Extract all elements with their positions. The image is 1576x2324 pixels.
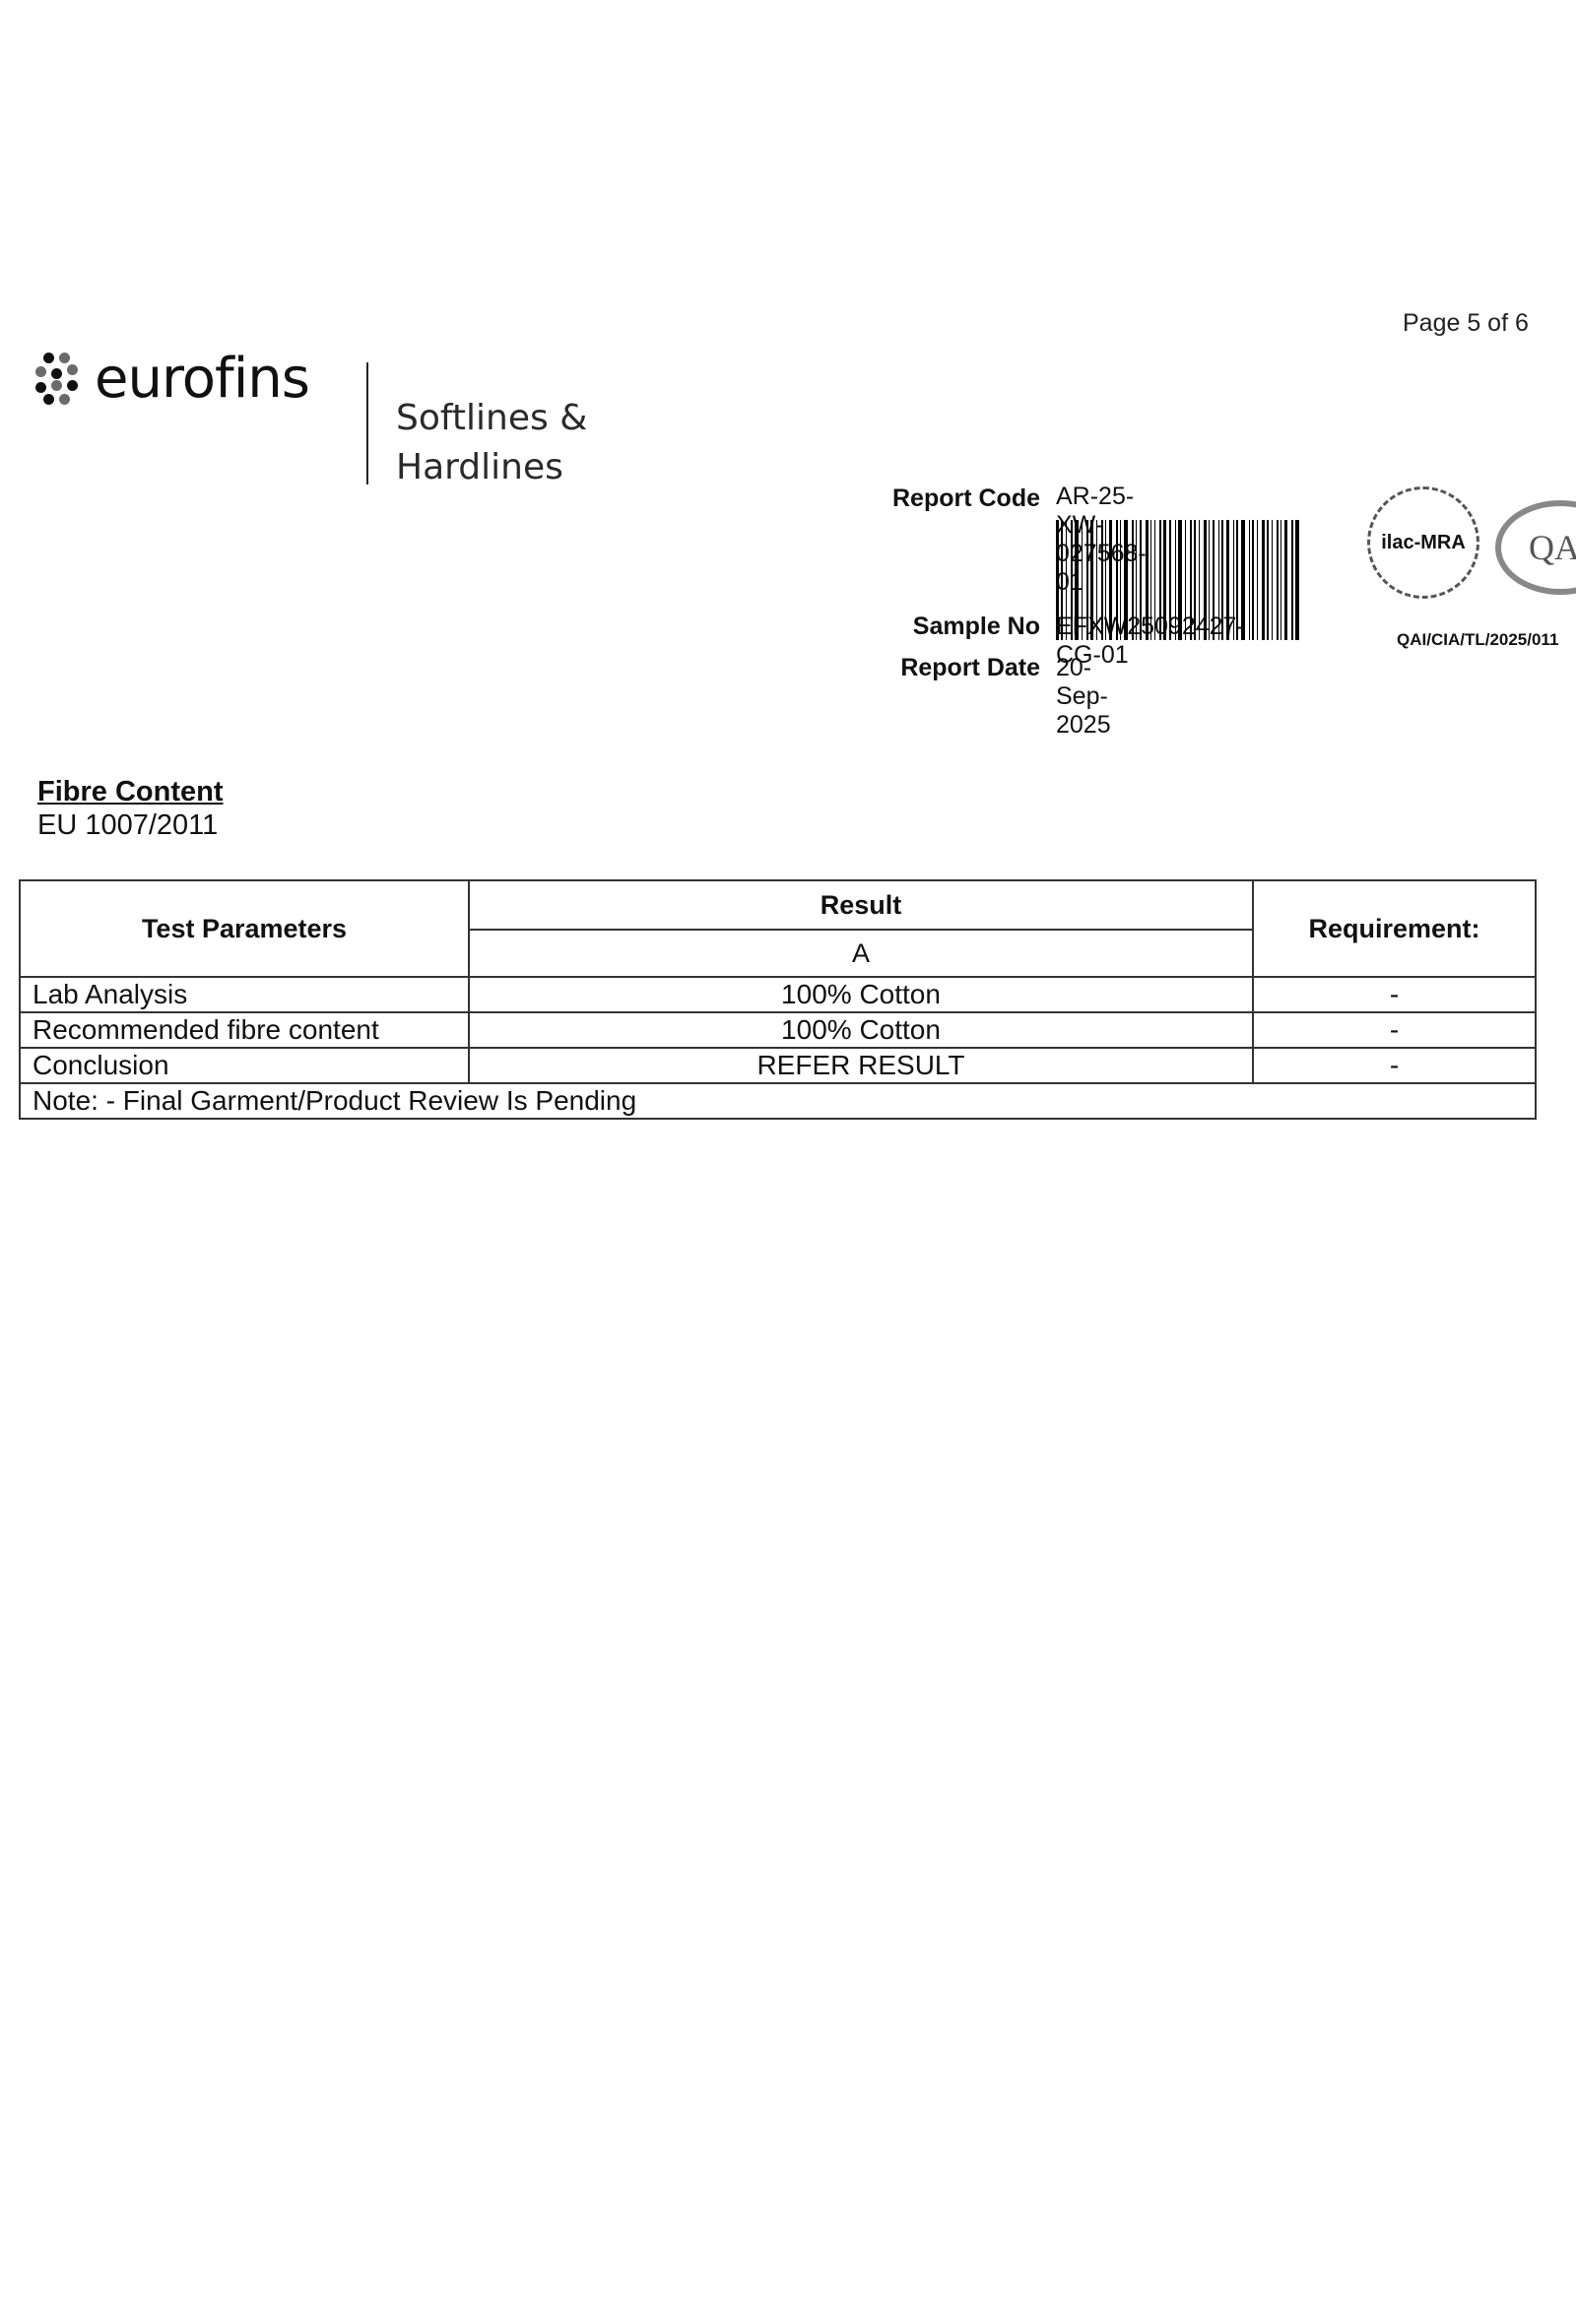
page-indicator: Page 5 of 6 [1403, 309, 1529, 338]
sample-no-label: Sample No [843, 613, 1040, 641]
logo-divider [366, 362, 368, 484]
accreditation-number: QAI/CIA/TL/2025/011 [1397, 630, 1558, 650]
header-requirement: Requirement: [1253, 880, 1536, 977]
row-requirement: - [1253, 1012, 1536, 1048]
row-parameter: Lab Analysis [20, 977, 469, 1012]
header-test-parameters: Test Parameters [20, 880, 469, 977]
brand-name: eurofins [95, 347, 309, 411]
report-code-label: Report Code [843, 484, 1040, 513]
section-standard: EU 1007/2011 [37, 809, 218, 842]
eurofins-logo: eurofins [33, 347, 309, 411]
row-requirement: - [1253, 977, 1536, 1012]
row-parameter: Conclusion [20, 1048, 469, 1083]
report-date-label: Report Date [843, 654, 1040, 682]
table-row: Conclusion REFER RESULT - [20, 1048, 1536, 1083]
division-name: Softlines & Hardlines [396, 394, 587, 492]
qai-seal-icon: QAI [1495, 500, 1576, 595]
row-result: REFER RESULT [469, 1048, 1253, 1083]
row-result: 100% Cotton [469, 977, 1253, 1012]
eurofins-dots-icon [33, 349, 85, 410]
row-result: 100% Cotton [469, 1012, 1253, 1048]
table-row: Lab Analysis 100% Cotton - [20, 977, 1536, 1012]
section-title: Fibre Content [37, 776, 224, 808]
report-date: 20-Sep-2025 [1056, 654, 1111, 740]
table-row: Recommended fibre content 100% Cotton - [20, 1012, 1536, 1048]
header-result: Result [469, 880, 1253, 930]
row-requirement: - [1253, 1048, 1536, 1083]
fibre-content-table: Test Parameters Result Requirement: A La… [19, 879, 1537, 1120]
header-result-sample: A [469, 930, 1253, 977]
report-barcode [1056, 520, 1357, 640]
ilac-mra-seal-icon: ilac-MRA [1367, 486, 1479, 599]
table-note-row: Note: - Final Garment/Product Review Is … [20, 1083, 1536, 1119]
table-note: Note: - Final Garment/Product Review Is … [20, 1083, 1536, 1119]
row-parameter: Recommended fibre content [20, 1012, 469, 1048]
